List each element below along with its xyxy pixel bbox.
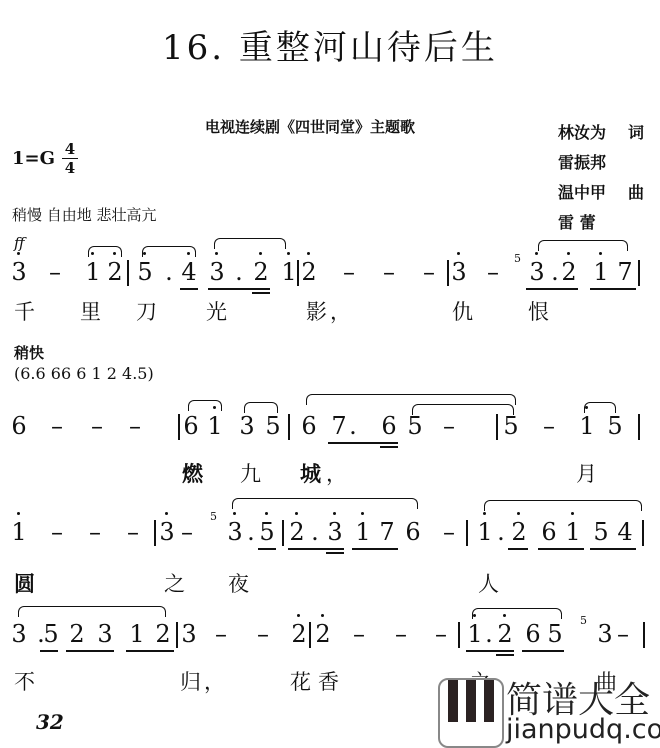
note: 3 (238, 412, 256, 440)
lyric: 刀 (136, 296, 157, 326)
note: 2 (154, 620, 172, 648)
note: 7 (616, 258, 634, 286)
note: 5 (606, 412, 624, 440)
underline (258, 548, 276, 550)
time-sig-bottom: 4 (62, 159, 78, 177)
note: 6 (10, 412, 28, 440)
underline (288, 548, 344, 550)
slur (412, 404, 514, 415)
lyric: 里 (80, 296, 101, 326)
watermark-url: jianpudq.com (506, 714, 660, 745)
lyric: 九 (240, 458, 261, 488)
dash: – (86, 518, 104, 546)
note: 5 (592, 518, 610, 546)
tempo-change: 稍快 (14, 342, 44, 363)
dash: – (212, 620, 230, 648)
underline (352, 548, 398, 550)
barline (638, 414, 640, 440)
barline (297, 260, 299, 286)
barline (176, 622, 178, 648)
time-sig-top: 4 (62, 140, 78, 158)
aug-dot: . (492, 518, 510, 546)
composer-1: 雷振邦 (558, 150, 606, 173)
dash: – (178, 518, 196, 546)
lyric: 月 (576, 458, 597, 488)
dash: – (46, 258, 64, 286)
underline (326, 552, 344, 554)
barline (458, 622, 460, 648)
underline (522, 650, 564, 652)
note: 1 (84, 258, 102, 286)
note: 2 (510, 518, 528, 546)
lyric: 花 (290, 666, 311, 696)
lyric: 归 (180, 666, 201, 696)
composer-3: 雷 蕾 (558, 210, 596, 233)
slur (188, 400, 222, 411)
note: 3 (158, 518, 176, 546)
barline (642, 520, 644, 546)
slur (538, 240, 628, 251)
key-signature: 1=G (12, 148, 55, 169)
note: 7 (378, 518, 396, 546)
dash: – (48, 412, 66, 440)
underline (496, 654, 514, 656)
underline (66, 650, 114, 652)
note: 3 (10, 258, 28, 286)
underline (126, 650, 174, 652)
note: 6 (380, 412, 398, 440)
barline (178, 414, 180, 440)
underline (526, 288, 578, 290)
dash: – (440, 518, 458, 546)
lyric: 仇 (452, 296, 473, 326)
underline (508, 548, 528, 550)
note: 2 (290, 620, 308, 648)
slur (18, 606, 166, 617)
note: 2 (560, 258, 578, 286)
note: 1 (280, 258, 298, 286)
aug-dot: . (160, 258, 178, 286)
aug-dot: . (306, 518, 324, 546)
note: 5 (406, 412, 424, 440)
lyric: 恨 (528, 296, 549, 326)
slur (232, 498, 418, 509)
underline (40, 650, 58, 652)
lyric: 圆 (14, 568, 35, 598)
note: 5 (546, 620, 564, 648)
composer-role: 曲 (628, 180, 644, 203)
slur (484, 500, 642, 511)
note: 2 (496, 620, 514, 648)
note: 2 (106, 258, 124, 286)
note: 2 (252, 258, 270, 286)
lyric: 城 (300, 458, 321, 488)
underline (590, 288, 636, 290)
underline (208, 288, 270, 290)
lyric: 之 (164, 568, 185, 598)
note: 3 (180, 620, 198, 648)
lyric: 不 (14, 666, 35, 696)
dash: – (340, 258, 358, 286)
barline (282, 520, 284, 546)
underline (328, 442, 398, 444)
lyric: ， (330, 296, 351, 326)
note: 2 (300, 258, 318, 286)
note: 3 (326, 518, 344, 546)
lyric: 人 (478, 568, 499, 598)
underline (252, 292, 270, 294)
barline (288, 414, 290, 440)
note: 2 (68, 620, 86, 648)
note: 6 (404, 518, 422, 546)
aug-dot: . (344, 412, 362, 440)
tempo-marking: 稍慢 自由地 悲壮高亢 (12, 204, 157, 225)
note: 2 (314, 620, 332, 648)
barline (466, 520, 468, 546)
dash: – (614, 620, 632, 648)
barline (127, 260, 129, 286)
underline (466, 650, 514, 652)
note: 4 (180, 258, 198, 286)
page-number: 32 (36, 710, 64, 734)
note: 1 (206, 412, 224, 440)
barline (496, 414, 498, 440)
barline (638, 260, 640, 286)
dash: – (432, 620, 450, 648)
lyric: 光 (206, 296, 227, 326)
underline (380, 446, 398, 448)
note: 5 (136, 258, 154, 286)
dash: – (440, 412, 458, 440)
slur (214, 238, 286, 249)
note: 4 (616, 518, 634, 546)
note: 6 (182, 412, 200, 440)
composer-2: 温中甲 (558, 180, 606, 203)
lyricist: 林汝为 (558, 120, 606, 143)
dash: – (484, 258, 502, 286)
lyric: 影 (306, 296, 327, 326)
note: 1 (578, 412, 596, 440)
grace-note: 5 (580, 614, 587, 627)
lyric: 燃 (182, 458, 203, 488)
grace-note: 5 (514, 252, 521, 265)
note: 3 (96, 620, 114, 648)
underline (538, 548, 584, 550)
aug-dot: . (230, 258, 248, 286)
intro-phrase: (6.6 66 6 1 2 4.5) (14, 364, 154, 383)
barline (154, 520, 156, 546)
slur (472, 608, 562, 619)
dash: – (392, 620, 410, 648)
note: 3 (528, 258, 546, 286)
note: 5 (258, 518, 276, 546)
note: 1 (354, 518, 372, 546)
barline (447, 260, 449, 286)
note: 5 (264, 412, 282, 440)
dash: – (254, 620, 272, 648)
barline (643, 622, 645, 648)
lyric: 夜 (228, 568, 249, 598)
dash: – (48, 518, 66, 546)
dynamic-marking: ff (14, 234, 25, 252)
watermark: 简谱大全 jianpudq.com (438, 672, 660, 748)
note: 6 (540, 518, 558, 546)
time-signature: 4 4 (62, 140, 78, 177)
note: 5 (502, 412, 520, 440)
note: 1 (10, 518, 28, 546)
grace-note: 5 (210, 510, 217, 523)
dash: – (124, 518, 142, 546)
subtitle: 电视连续剧《四世同堂》主题歌 (205, 116, 415, 137)
dash: – (540, 412, 558, 440)
note: 1 (128, 620, 146, 648)
note: 2 (288, 518, 306, 546)
barline (309, 622, 311, 648)
dash: – (350, 620, 368, 648)
lyricist-role: 词 (628, 120, 644, 143)
note: 3 (450, 258, 468, 286)
dash: – (420, 258, 438, 286)
lyric: ， (326, 458, 347, 488)
note: 5 (42, 620, 60, 648)
underline (180, 288, 198, 290)
note: 1 (564, 518, 582, 546)
note: 3 (10, 620, 28, 648)
song-title: 16. 重整河山待后生 (0, 20, 660, 69)
note: 1 (592, 258, 610, 286)
lyric: 香 (318, 666, 339, 696)
piano-keys-icon (438, 678, 504, 748)
dash: – (380, 258, 398, 286)
note: 6 (300, 412, 318, 440)
note: 3 (596, 620, 614, 648)
underline (590, 548, 636, 550)
lyric: 千 (14, 296, 35, 326)
dash: – (88, 412, 106, 440)
note: 3 (208, 258, 226, 286)
lyric: ， (204, 666, 225, 696)
dash: – (126, 412, 144, 440)
note: 6 (524, 620, 542, 648)
